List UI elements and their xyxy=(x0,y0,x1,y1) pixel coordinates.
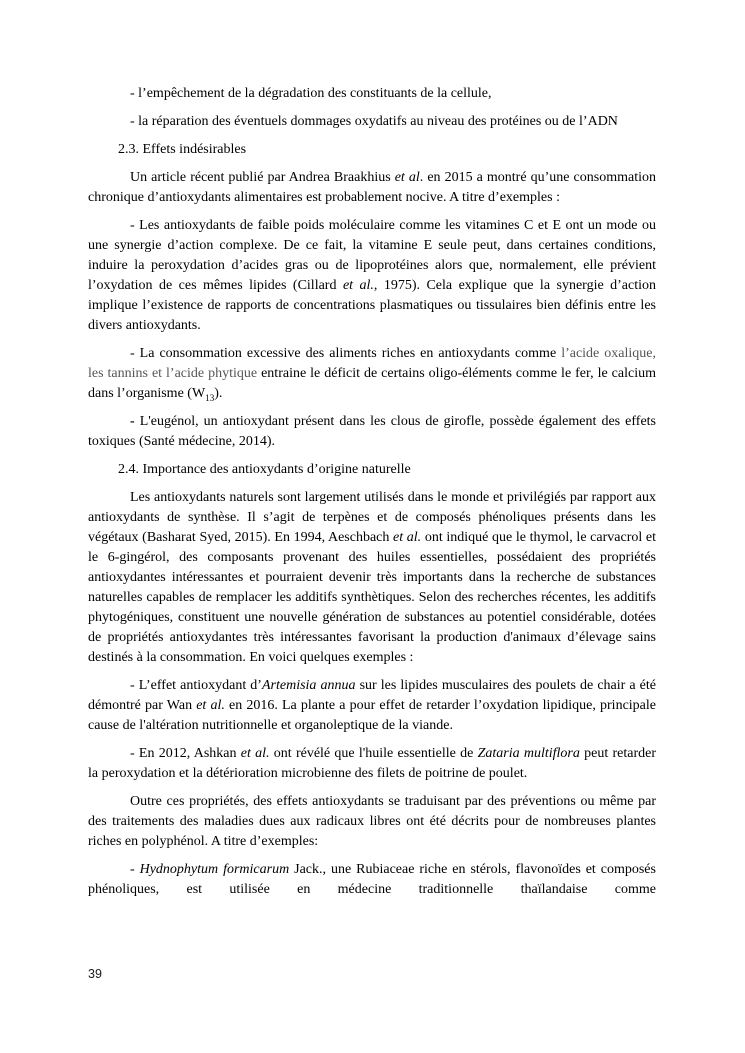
text-run: Outre ces propriétés, des effets antioxy… xyxy=(88,794,656,849)
text-run: et al xyxy=(395,170,420,185)
text-run: - xyxy=(130,862,140,877)
paragraph: Un article récent publié par Andrea Braa… xyxy=(88,168,656,208)
text-run: ). xyxy=(214,386,222,401)
paragraph: Les antioxydants naturels sont largement… xyxy=(88,488,656,668)
text-run: Artemisia annua xyxy=(262,678,356,693)
paragraph: - Les antioxydants de faible poids moléc… xyxy=(88,216,656,336)
text-run: 13 xyxy=(205,393,214,403)
paragraph: - Hydnophytum formicarum Jack., une Rubi… xyxy=(88,860,656,900)
paragraph: - L'eugénol, un antioxydant présent dans… xyxy=(88,412,656,452)
paragraph: - La consommation excessive des aliments… xyxy=(88,344,656,404)
paragraph: - la réparation des éventuels dommages o… xyxy=(130,112,656,132)
paragraph: - En 2012, Ashkan et al. ont révélé que … xyxy=(88,744,656,784)
document-page: - l’empêchement de la dégradation des co… xyxy=(0,0,745,1053)
text-run: et al. xyxy=(196,698,225,713)
section-heading: 2.3. Effets indésirables xyxy=(88,140,656,160)
text-run: et al. xyxy=(343,278,374,293)
page-content: - l’empêchement de la dégradation des co… xyxy=(88,84,656,908)
text-run: ont révélé que l'huile essentielle de xyxy=(270,746,478,761)
text-run: 2.3. Effets indésirables xyxy=(118,142,246,157)
text-run: ont indiqué que le thymol, le carvacrol … xyxy=(88,530,656,665)
text-run: - l’empêchement de la dégradation des co… xyxy=(130,86,492,101)
text-run: Zataria multiflora xyxy=(478,746,580,761)
paragraph: - l’empêchement de la dégradation des co… xyxy=(130,84,656,104)
text-run: Un article récent publié par Andrea Braa… xyxy=(130,170,395,185)
text-run: - En 2012, Ashkan xyxy=(130,746,241,761)
text-run: L'eugénol, un antioxydant présent dans l… xyxy=(88,414,656,449)
section-heading: 2.4. Importance des antioxydants d’origi… xyxy=(88,460,656,480)
text-run: - L’effet antioxydant d’ xyxy=(130,678,262,693)
text-run: - la réparation des éventuels dommages o… xyxy=(130,114,618,129)
paragraph: - L’effet antioxydant d’Artemisia annua … xyxy=(88,676,656,736)
text-run: 2.4. Importance des antioxydants d’origi… xyxy=(118,462,411,477)
text-run: Hydnophytum formicarum xyxy=(140,862,290,877)
text-run: - La consommation excessive des aliments… xyxy=(130,346,561,361)
page-number: 39 xyxy=(88,967,102,981)
text-run: et al. xyxy=(393,530,421,545)
text-run: et al. xyxy=(241,746,270,761)
paragraph: Outre ces propriétés, des effets antioxy… xyxy=(88,792,656,852)
